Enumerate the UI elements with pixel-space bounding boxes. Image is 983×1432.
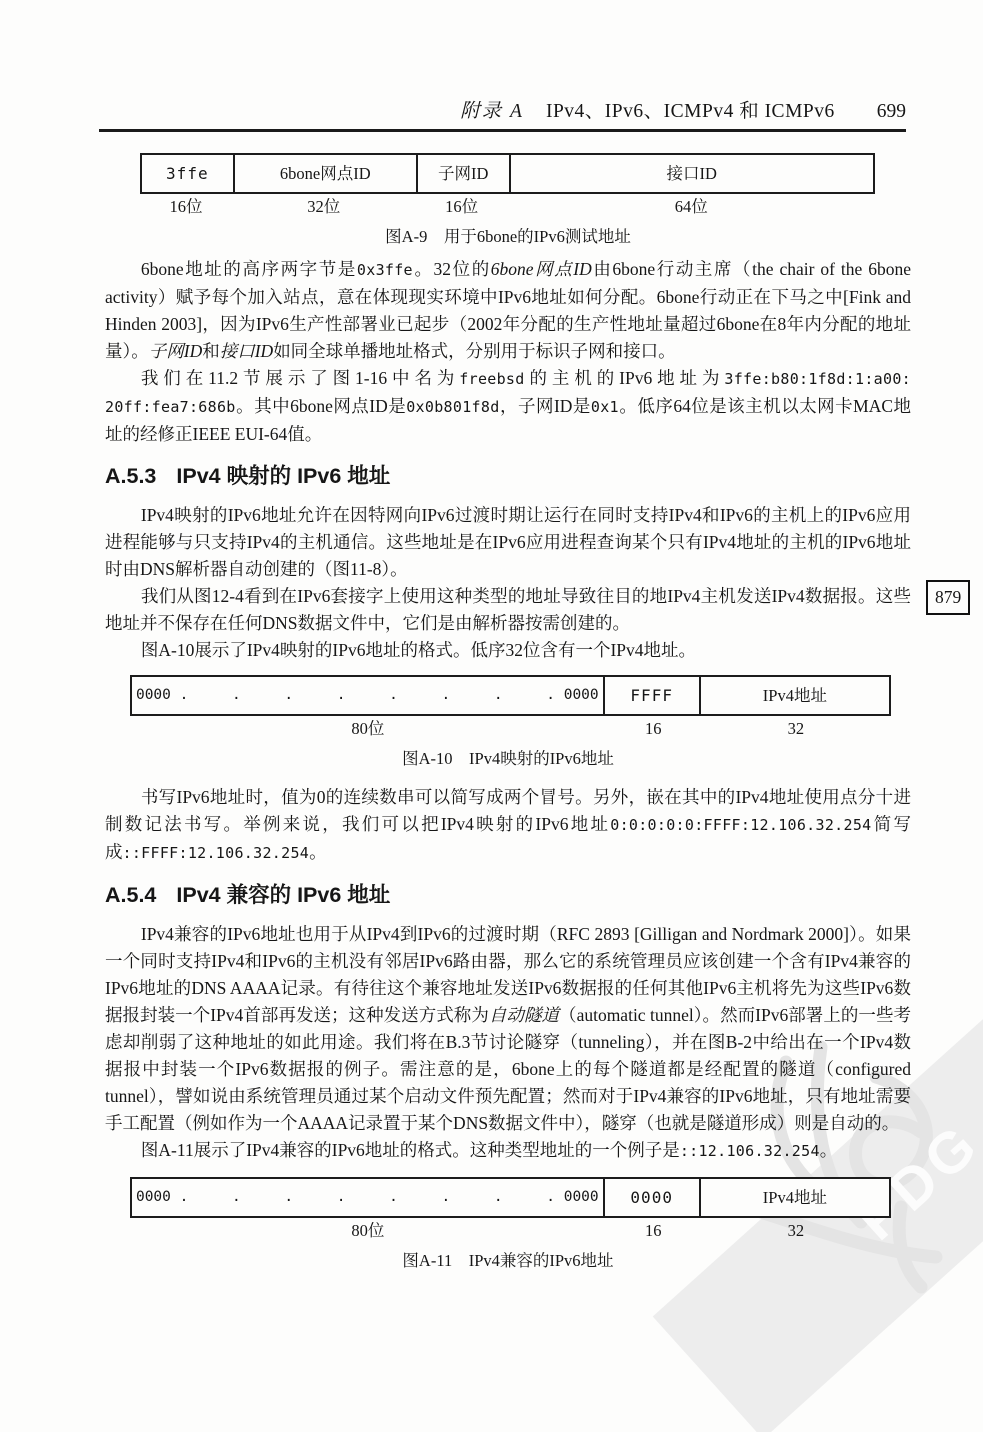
field-zero-bits: 0000 . . . . . . . . 0000 xyxy=(132,1179,603,1216)
figure-a9: 3ffe 6bone网点ID 子网ID 接口ID 16位 32位 16位 64位… xyxy=(105,153,911,250)
text-run: 我们在11.2节展示了图1-16中名为 xyxy=(141,368,459,388)
field-ipv4-address: IPv4地址 xyxy=(699,677,889,714)
bit-width-label: 16 xyxy=(606,1218,701,1244)
field-6bone-site-id: 6bone网点ID xyxy=(233,155,416,192)
figure-a9-bitfield: 3ffe 6bone网点ID 子网ID 接口ID xyxy=(140,153,875,194)
text-run: IPv4映射的IPv6地址允许在因特网向IPv6过渡时期让运行在同时支持IPv4… xyxy=(105,505,911,579)
figure-a11-bitfield: 0000 . . . . . . . . 0000 0000 IPv4地址 xyxy=(130,1177,891,1218)
margin-page-marker: 879 xyxy=(926,580,970,615)
field-zero-word: 0000 xyxy=(603,1179,699,1216)
chapter-title: IPv4、IPv6、ICMPv4 和 ICMPv6 xyxy=(546,95,835,123)
text-run: 0x0b801f8d xyxy=(406,398,499,416)
bit-width-label: 32位 xyxy=(232,194,416,220)
text-run: 6bone地址的高序两字节是 xyxy=(141,259,357,279)
text-run: 图A-10展示了IPv4映射的IPv6地址的格式。低序32位含有一个IPv4地址… xyxy=(141,640,696,660)
field-ipv4-address: IPv4地址 xyxy=(699,1179,889,1216)
appendix-label: 附录 A xyxy=(460,95,524,123)
paragraph-6bone-prefix: 6bone地址的高序两字节是0x3ffe。32位的6bone网点ID由6bone… xyxy=(105,256,911,365)
figure-a10-bit-widths: 80位 16 32 xyxy=(130,716,891,742)
text-run: 。32位的 xyxy=(413,259,491,279)
text-run: 。 xyxy=(820,1140,838,1160)
paragraph-freebsd-address: 我们在11.2节展示了图1-16中名为freebsd的主机的IPv6地址为3ff… xyxy=(105,365,911,448)
text-run: 0x3ffe xyxy=(357,261,413,279)
page-number: 699 xyxy=(877,101,906,123)
paragraph-figure-a11-ref: 图A-11展示了IPv4兼容的IPv6地址的格式。这种类型地址的一个例子是::1… xyxy=(105,1137,911,1165)
section-number: A.5.3 xyxy=(105,461,156,491)
bit-width-label: 16位 xyxy=(416,194,508,220)
field-prefix-3ffe: 3ffe xyxy=(142,155,233,192)
bit-width-label: 64位 xyxy=(508,194,876,220)
text-run: 6bone网点ID xyxy=(491,259,592,279)
field-interface-id: 接口ID xyxy=(509,155,874,192)
text-run: ，子网ID是 xyxy=(500,396,591,416)
book-page: PDG 附录 A IPv4、IPv6、ICMPv4 和 ICMPv6 699 8… xyxy=(0,0,983,1432)
field-subnet-id: 子网ID xyxy=(416,155,509,192)
text-run: 接口ID xyxy=(220,341,273,361)
bit-width-label: 16 xyxy=(606,716,701,742)
paragraph-figure-a10-ref: 图A-10展示了IPv4映射的IPv6地址的格式。低序32位含有一个IPv4地址… xyxy=(105,637,911,664)
bit-width-label: 16位 xyxy=(140,194,232,220)
figure-a11-caption: 图A-11 IPv4兼容的IPv6地址 xyxy=(105,1248,911,1274)
text-run: ::FFFF:12.106.32.254 xyxy=(123,844,310,862)
text-run: 的主机的IPv6地址为 xyxy=(525,368,725,388)
text-run: 0:0:0:0:0:FFFF:12.106.32.254 xyxy=(610,816,871,834)
paragraph-mapped-intro: IPv4映射的IPv6地址允许在因特网向IPv6过渡时期让运行在同时支持IPv4… xyxy=(105,502,911,583)
figure-a11: 0000 . . . . . . . . 0000 0000 IPv4地址 80… xyxy=(105,1177,911,1274)
paragraph-address-shorthand: 书写IPv6地址时，值为0的连续数串可以简写成两个冒号。另外，嵌在其中的IPv4… xyxy=(105,784,911,867)
figure-a11-bit-widths: 80位 16 32 xyxy=(130,1218,891,1244)
figure-a9-caption: 图A-9 用于6bone的IPv6测试地址 xyxy=(105,224,911,250)
text-run: 0x1 xyxy=(591,398,619,416)
figure-a10-bitfield: 0000 . . . . . . . . 0000 FFFF IPv4地址 xyxy=(130,675,891,716)
bit-width-label: 32 xyxy=(701,1218,891,1244)
section-heading-a54: A.5.4 IPv4 兼容的 IPv6 地址 xyxy=(105,880,911,910)
bit-width-label: 80位 xyxy=(130,716,606,742)
running-head: 附录 A IPv4、IPv6、ICMPv4 和 ICMPv6 699 xyxy=(100,95,906,123)
bit-width-label: 32 xyxy=(701,716,891,742)
figure-a10: 0000 . . . . . . . . 0000 FFFF IPv4地址 80… xyxy=(105,675,911,772)
text-run: 子网ID xyxy=(149,341,202,361)
paragraph-compatible-intro: IPv4兼容的IPv6地址也用于从IPv4到IPv6的过渡时期（RFC 2893… xyxy=(105,921,911,1137)
spacer xyxy=(105,664,911,673)
field-zero-bits: 0000 . . . . . . . . 0000 xyxy=(132,677,603,714)
text-run: freebsd xyxy=(459,370,524,388)
bit-width-label: 80位 xyxy=(130,1218,606,1244)
section-title: IPv4 映射的 IPv6 地址 xyxy=(176,461,390,491)
spacer xyxy=(105,1165,911,1175)
text-run: 我们从图12-4看到在IPv6套接字上使用这种类型的地址导致往目的地IPv4主机… xyxy=(105,586,911,633)
text-run: 。其中6bone网点ID是 xyxy=(236,396,407,416)
text-run: 图A-11展示了IPv4兼容的IPv6地址的格式。这种类型地址的一个例子是 xyxy=(141,1140,680,1160)
header-rule xyxy=(99,129,906,132)
text-run: 和 xyxy=(202,341,220,361)
section-title: IPv4 兼容的 IPv6 地址 xyxy=(176,880,390,910)
text-run: ::12.106.32.254 xyxy=(680,1142,820,1160)
text-run: 如同全球单播地址格式，分别用于标识子网和接口。 xyxy=(273,341,676,361)
field-ffff: FFFF xyxy=(603,677,699,714)
section-number: A.5.4 xyxy=(105,880,156,910)
figure-a10-caption: 图A-10 IPv4映射的IPv6地址 xyxy=(105,746,911,772)
text-run: 。 xyxy=(309,842,327,862)
figure-a9-bit-widths: 16位 32位 16位 64位 xyxy=(140,194,875,220)
text-run: 自动隧道 xyxy=(489,1005,559,1025)
paragraph-mapped-usage: 我们从图12-4看到在IPv6套接字上使用这种类型的地址导致往目的地IPv4主机… xyxy=(105,583,911,637)
text-column: 3ffe 6bone网点ID 子网ID 接口ID 16位 32位 16位 64位… xyxy=(105,151,911,1280)
section-heading-a53: A.5.3 IPv4 映射的 IPv6 地址 xyxy=(105,461,911,491)
